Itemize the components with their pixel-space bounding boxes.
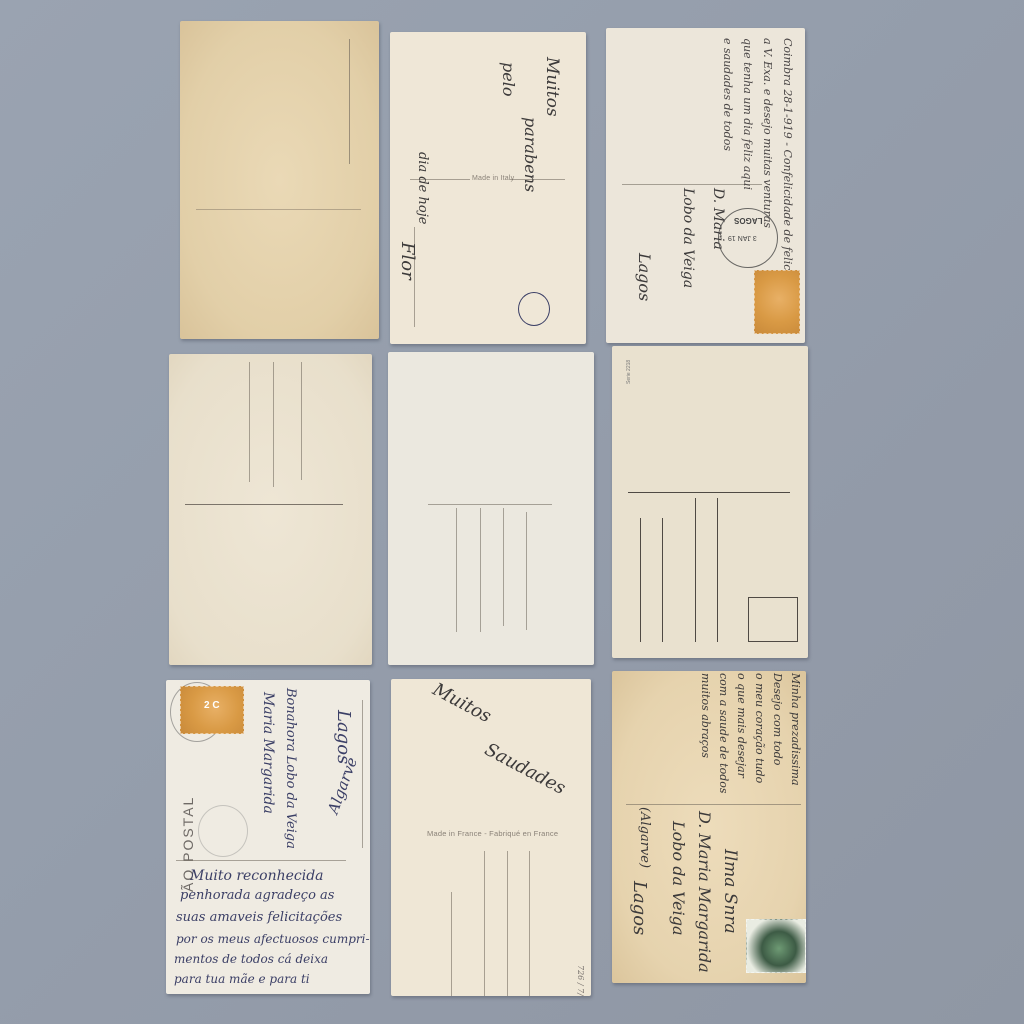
stamp-rule — [301, 362, 302, 480]
handwriting-addressee: Maria Margarida — [260, 692, 276, 814]
serial-number: Serie 2218 — [626, 360, 632, 384]
address-rule — [529, 851, 530, 996]
address-rule — [451, 892, 452, 996]
handwriting-line: pelo — [499, 62, 518, 96]
divider-rule — [185, 504, 343, 505]
postcard-handwritten-made-in-italy: Made in Italy Muitos parabens pelo dia d… — [390, 32, 586, 344]
made-in-italy-text: Made in Italy — [472, 175, 514, 182]
handwriting-line: Lobo da Veiga — [680, 188, 696, 288]
handwriting-region: (Algarve) — [637, 807, 652, 868]
handwriting-region: Algarve — [324, 755, 361, 816]
handwriting-address: D. Maria Margarida — [695, 811, 714, 973]
stamp-area-rule — [349, 39, 350, 164]
postmark-town: LAGOS — [734, 216, 762, 225]
handwriting-message: penhorada agradeço as — [180, 888, 334, 903]
handwriting-signature: Flor — [397, 242, 418, 280]
stamp-rule — [273, 362, 274, 487]
postmark-date: 3 JAN 19 — [728, 234, 757, 241]
divider-rule — [628, 492, 790, 493]
handwriting-message: suas amaveis felicitações — [176, 910, 342, 925]
postcard-stamp-box: Serie 2218 — [612, 346, 808, 658]
address-rule — [480, 508, 481, 632]
handwriting-message: mentos de todos cá deixa — [174, 952, 328, 966]
handwriting-message: por os meus afectuosos cumpri- — [176, 932, 370, 946]
handwriting-address: Lobo da Veiga — [669, 821, 688, 936]
handwriting-message: Desejo com todo — [771, 673, 784, 765]
divider-rule — [428, 504, 552, 505]
stamp-placement-box — [748, 597, 798, 642]
stamp-rule — [249, 362, 250, 482]
handwriting-greeting: Saudades — [481, 739, 569, 799]
handwriting-message: para tua mãe e para ti — [174, 972, 310, 986]
stamp-value: 2 C — [204, 700, 220, 711]
pencil-note: 726 / 7/= — [576, 965, 585, 996]
postcard-made-in-france: Muitos Saudades Made in France - Fabriqu… — [391, 679, 591, 996]
handwriting-message: Coimbra 28-1-919 - Confelicidade de feli… — [781, 38, 794, 301]
address-rule — [362, 700, 363, 848]
handwriting-addressee: Bonahora Lobo da Veiga — [283, 688, 298, 849]
address-rule — [662, 518, 663, 642]
handwriting-line: parabens — [521, 117, 540, 192]
address-rule — [484, 851, 485, 996]
handwriting-message: Minha prezadissima — [789, 673, 802, 786]
handwriting-message: com a saude de todos — [717, 673, 730, 794]
handwriting-line: dia de hoje — [415, 152, 430, 224]
faint-circular-postmark — [198, 805, 248, 857]
postcard-lagos-postmarked: D. Maria Lobo da Veiga Lagos Coimbra 28-… — [606, 28, 805, 343]
address-rule — [526, 512, 527, 630]
made-in-france-text: Made in France - Fabriqué en France — [427, 829, 558, 838]
address-rule — [640, 518, 641, 642]
postcard-bilhete-postal: 2 C ÃO POSTAL Maria Margarida Bonahora L… — [166, 680, 370, 994]
orange-ceres-stamp — [754, 270, 800, 334]
handwriting-town: Lagos — [629, 881, 650, 935]
handwriting-line: Muitos — [542, 57, 562, 117]
handwriting-greeting: Muitos — [429, 679, 495, 727]
address-rule — [503, 508, 504, 626]
address-rule — [507, 851, 508, 996]
postcard-blank-divided-back — [180, 21, 379, 339]
address-rule — [717, 498, 718, 642]
handwriting-message: muitos abraços — [699, 673, 712, 758]
address-divider-rule — [196, 209, 361, 210]
postcard-green-stamp: Minha prezadissima Desejo com todo o meu… — [612, 671, 806, 983]
handwriting-message: Muito reconhecida — [190, 868, 324, 884]
handwriting-message: o meu coração tudo — [753, 673, 766, 783]
handwriting-message: a V. Exa. e desejo muitas venturas — [761, 38, 774, 228]
address-rule — [456, 508, 457, 632]
postcard-blank-three-rules — [169, 354, 372, 665]
handwriting-town: Lagos — [635, 253, 654, 301]
postcard-blank-white — [388, 352, 594, 665]
divider-rule — [626, 804, 801, 805]
publisher-oval-stamp — [518, 292, 550, 326]
handwriting-address: Ilma Snra — [720, 849, 740, 934]
handwriting-message: que tenha um dia feliz aqui — [741, 38, 754, 190]
divider-rule — [176, 860, 346, 861]
green-10-stamp — [746, 919, 806, 973]
address-rule — [695, 498, 696, 642]
handwriting-message: e saudades de todos — [721, 38, 734, 151]
handwriting-message: o que mais desejar — [735, 673, 748, 778]
